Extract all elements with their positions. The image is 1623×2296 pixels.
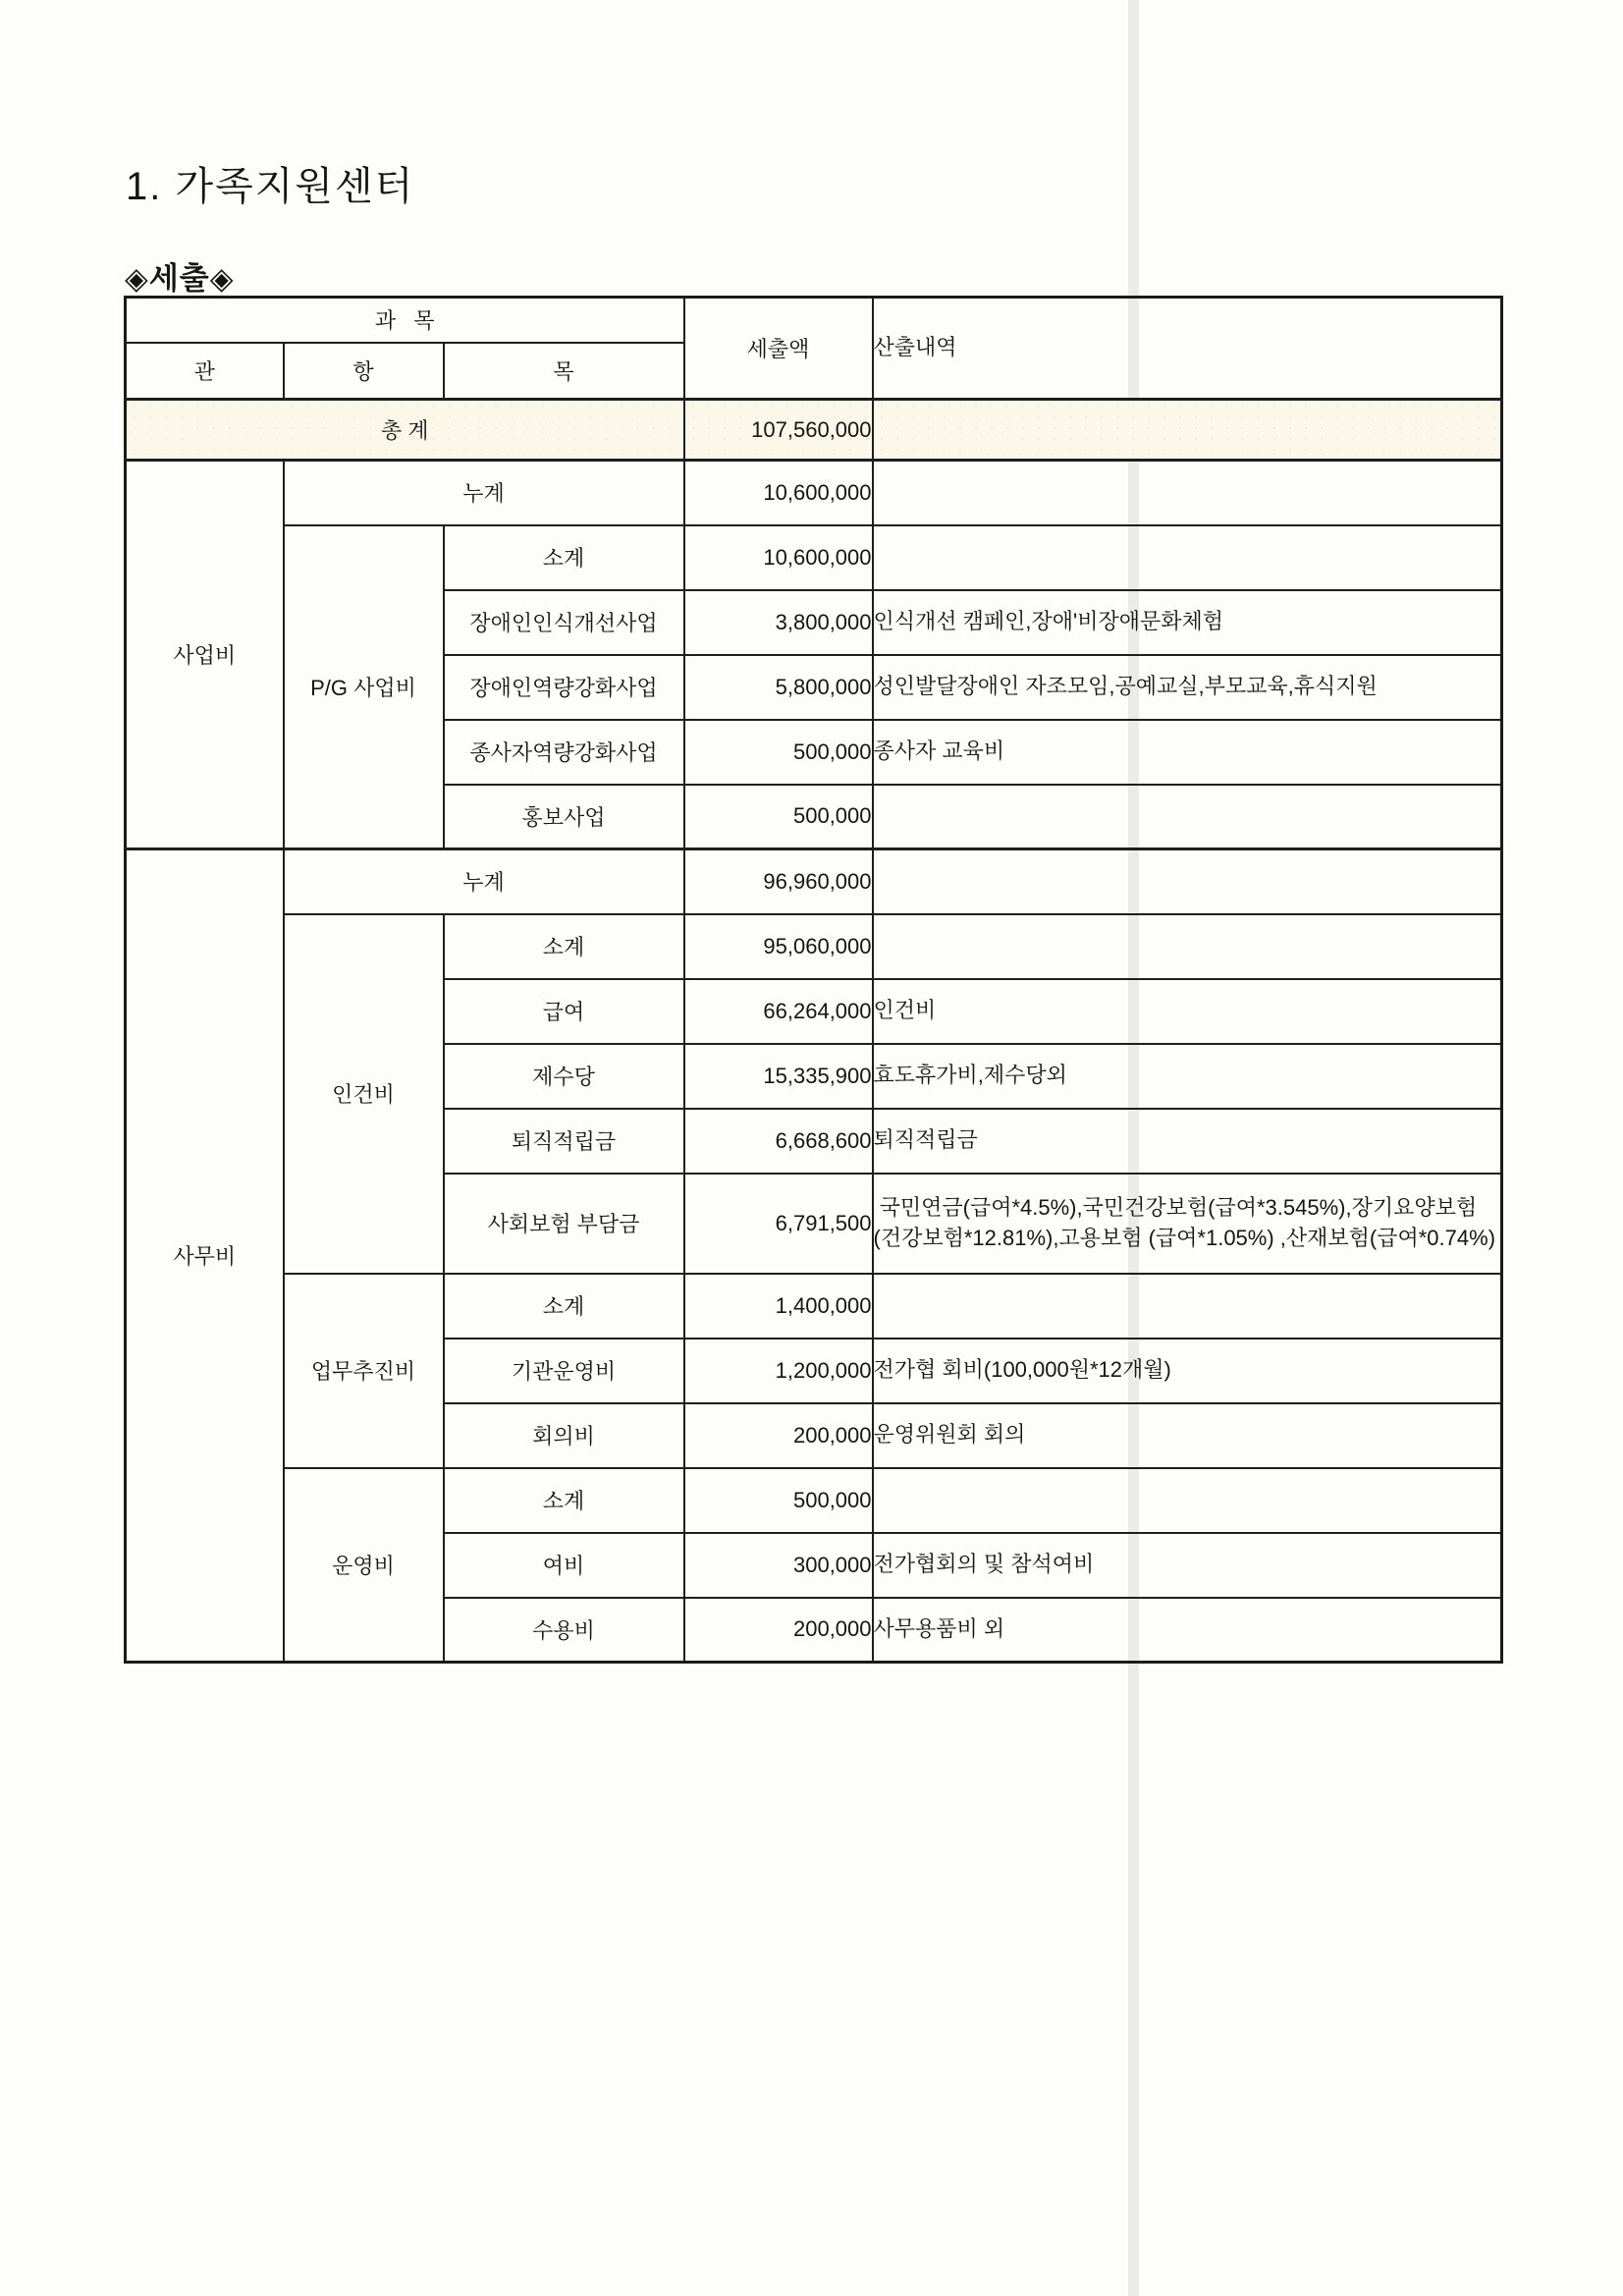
table-header-row-1: 과 목 세출액 산출내역: [126, 298, 1502, 343]
section-heading-expenditure: ◈세출◈: [125, 253, 235, 298]
cell-amount: 300,000: [684, 1533, 873, 1598]
cell-amount: 200,000: [684, 1403, 873, 1468]
cell-mok: 사회보험 부담금: [444, 1174, 684, 1274]
cell-mok: 홍보사업: [444, 785, 684, 849]
cell-detail: 인식개선 캠페인,장애'비장애문화체험: [873, 590, 1502, 655]
cell-hang-eopmuchujinbi: 업무추진비: [284, 1274, 444, 1468]
cell-amount: 500,000: [684, 1468, 873, 1533]
cell-detail: 퇴직적립금: [873, 1109, 1502, 1174]
cell-amount: 500,000: [684, 720, 873, 785]
cell-detail: [873, 914, 1502, 979]
cell-detail: 성인발달장애인 자조모임,공예교실,부모교육,휴식지원: [873, 655, 1502, 720]
cell-amount: 500,000: [684, 785, 873, 849]
cell-hang-unyeongbi: 운영비: [284, 1468, 444, 1663]
table-row: 인건비 소계 95,060,000: [126, 914, 1502, 979]
cell-detail: 운영위원회 회의: [873, 1403, 1502, 1468]
header-amount: 세출액: [684, 298, 873, 400]
cell-mok: 제수당: [444, 1044, 684, 1109]
scanned-document-page: 1. 가족지원센터 ◈세출◈ 과 목 세출액 산출내역 관 항 목 총: [0, 0, 1623, 2296]
cell-detail: 종사자 교육비: [873, 720, 1502, 785]
cell-mok: 수용비: [444, 1598, 684, 1663]
header-gwan: 관: [126, 343, 284, 400]
cell-mok: 장애인역량강화사업: [444, 655, 684, 720]
cell-detail: 인건비: [873, 979, 1502, 1044]
cell-mok: 소계: [444, 525, 684, 590]
cell-mok: 회의비: [444, 1403, 684, 1468]
cell-amount: 15,335,900: [684, 1044, 873, 1109]
header-detail: 산출내역: [873, 298, 1502, 400]
cell-amount: 6,668,600: [684, 1109, 873, 1174]
cell-hang-pg-saeopbi: P/G 사업비: [284, 525, 444, 849]
cell-detail: [873, 525, 1502, 590]
cell-cumulative-label: 누계: [284, 461, 684, 525]
cell-amount: 5,800,000: [684, 655, 873, 720]
page-title: 1. 가족지원센터: [126, 155, 414, 211]
cell-detail: [873, 1274, 1502, 1339]
cell-cumulative-detail: [873, 461, 1502, 525]
cell-total-detail: [873, 400, 1502, 461]
table-row: 업무추진비 소계 1,400,000: [126, 1274, 1502, 1339]
cell-amount: 95,060,000: [684, 914, 873, 979]
cell-hang-ingeonbi: 인건비: [284, 914, 444, 1274]
cell-cumulative-detail: [873, 849, 1502, 914]
cell-mok: 종사자역량강화사업: [444, 720, 684, 785]
cell-amount: 10,600,000: [684, 525, 873, 590]
cell-mok: 소계: [444, 1274, 684, 1339]
cell-mok: 기관운영비: [444, 1339, 684, 1403]
cell-detail: 국민연금(급여*4.5%),국민건강보험(급여*3.545%),장기요양보험(건…: [873, 1174, 1502, 1274]
cell-mok: 퇴직적립금: [444, 1109, 684, 1174]
cell-cumulative-amount: 10,600,000: [684, 461, 873, 525]
cell-mok: 급여: [444, 979, 684, 1044]
table-row: 운영비 소계 500,000: [126, 1468, 1502, 1533]
cell-gwan-samubi: 사무비: [126, 849, 284, 1663]
grand-total-row: 총 계 107,560,000: [126, 400, 1502, 461]
table-row: 사무비 누계 96,960,000: [126, 849, 1502, 914]
cell-cumulative-label: 누계: [284, 849, 684, 914]
cell-amount: 200,000: [684, 1598, 873, 1663]
cell-total-label: 총 계: [126, 400, 684, 461]
cell-mok: 소계: [444, 914, 684, 979]
cell-mok: 장애인인식개선사업: [444, 590, 684, 655]
cell-detail: [873, 1468, 1502, 1533]
cell-amount: 3,800,000: [684, 590, 873, 655]
cell-mok: 여비: [444, 1533, 684, 1598]
cell-total-amount: 107,560,000: [684, 400, 873, 461]
cell-amount: 6,791,500: [684, 1174, 873, 1274]
table-row: 사업비 누계 10,600,000: [126, 461, 1502, 525]
budget-table: 과 목 세출액 산출내역 관 항 목 총 계 107,560,000 사업비 누…: [124, 296, 1503, 1664]
header-mok: 목: [444, 343, 684, 400]
cell-detail: 전가협회의 및 참석여비: [873, 1533, 1502, 1598]
cell-detail: 전가협 회비(100,000원*12개월): [873, 1339, 1502, 1403]
header-subject-group: 과 목: [126, 298, 684, 343]
cell-amount: 1,200,000: [684, 1339, 873, 1403]
cell-detail: [873, 785, 1502, 849]
table-row: P/G 사업비 소계 10,600,000: [126, 525, 1502, 590]
cell-detail: 사무용품비 외: [873, 1598, 1502, 1663]
cell-amount: 66,264,000: [684, 979, 873, 1044]
header-hang: 항: [284, 343, 444, 400]
cell-cumulative-amount: 96,960,000: [684, 849, 873, 914]
cell-gwan-saeopbi: 사업비: [126, 461, 284, 849]
cell-amount: 1,400,000: [684, 1274, 873, 1339]
cell-detail: 효도휴가비,제수당외: [873, 1044, 1502, 1109]
cell-mok: 소계: [444, 1468, 684, 1533]
